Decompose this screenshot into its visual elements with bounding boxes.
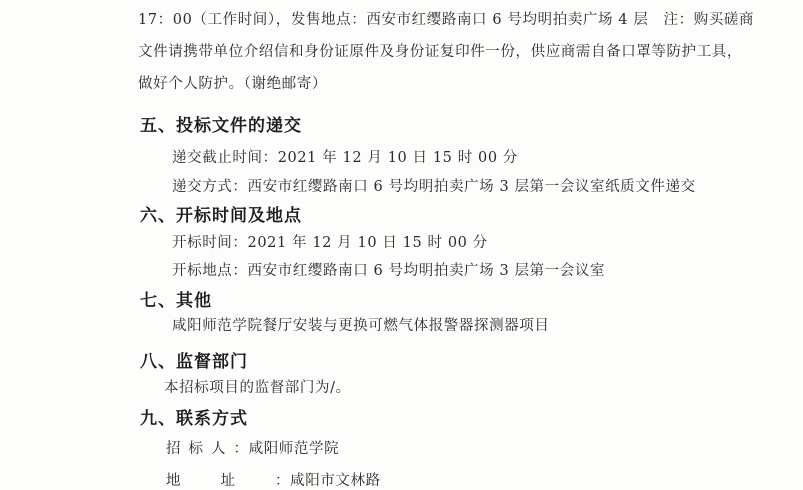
contact-address: 地址：咸阳市文林路	[166, 469, 381, 490]
section-heading-bid-opening: 六、开标时间及地点	[140, 201, 302, 226]
section-heading-other: 七、其他	[140, 286, 212, 311]
address-value: ：咸阳市文林路	[275, 473, 381, 489]
other-project-name: 咸阳师范学院餐厅安装与更换可燃气体报警器探测器项目	[172, 314, 550, 335]
tenderer-value: ：咸阳师范学院	[234, 441, 340, 457]
intro-line-3: 做好个人防护。（谢绝邮寄）	[138, 72, 327, 93]
intro-line-2: 文件请携带单位介绍信和身份证原件及身份证复印件一份，供应商需自备口罩等防护工具，	[138, 40, 742, 61]
opening-time: 开标时间：2021 年 12 月 10 日 15 时 00 分	[172, 231, 488, 252]
intro-line-1: 17：00（工作时间），发售地点：西安市红缨路南口 6 号均明拍卖广场 4 层 …	[138, 8, 754, 29]
section-heading-bid-submission: 五、投标文件的递交	[140, 111, 302, 136]
submission-deadline: 递交截止时间：2021 年 12 月 10 日 15 时 00 分	[172, 146, 518, 167]
section-heading-supervision: 八、监督部门	[140, 347, 248, 372]
section-heading-contact: 九、联系方式	[140, 404, 248, 429]
supervision-text: 本招标项目的监督部门为/。	[164, 376, 351, 397]
tenderer-label: 招标人	[166, 437, 234, 458]
submission-method: 递交方式：西安市红缨路南口 6 号均明拍卖广场 3 层第一会议室纸质文件递交	[172, 175, 696, 196]
address-label: 地址	[166, 469, 275, 490]
contact-tenderer: 招标人：咸阳师范学院	[166, 437, 339, 458]
opening-place: 开标地点：西安市红缨路南口 6 号均明拍卖广场 3 层第一会议室	[172, 259, 605, 280]
